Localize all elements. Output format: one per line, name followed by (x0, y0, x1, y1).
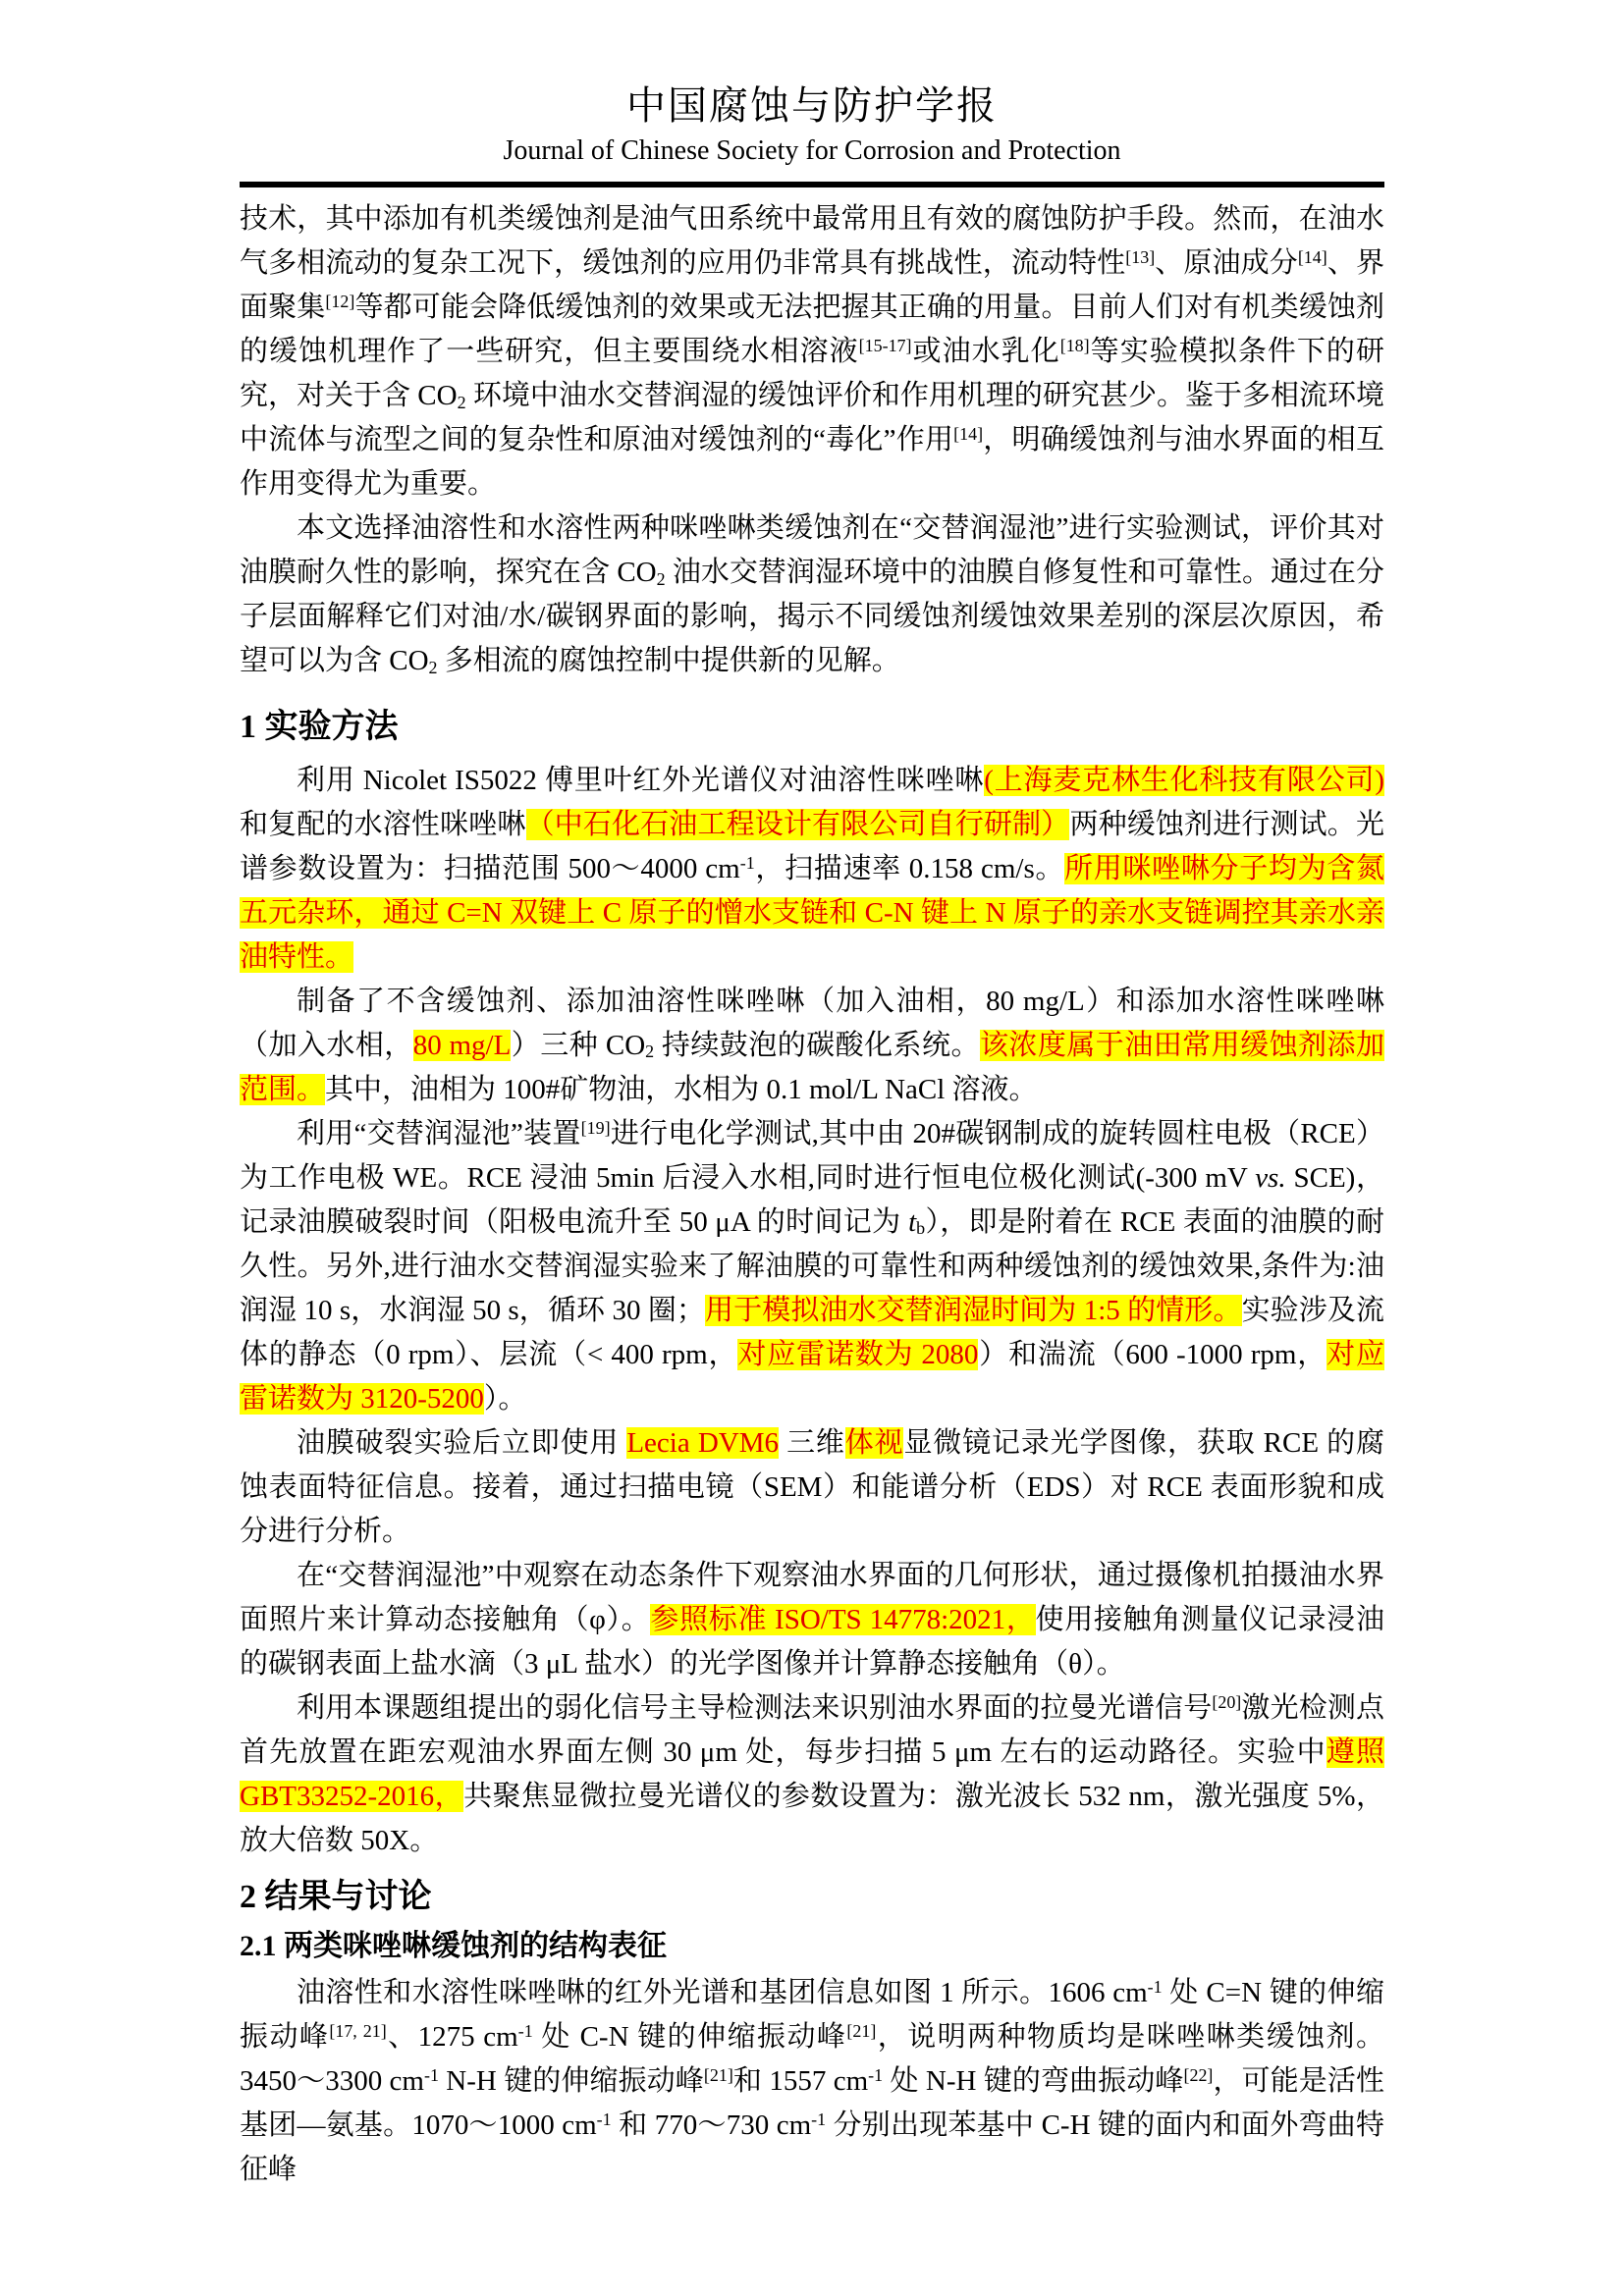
paragraph-4: 利用 Nicolet IS5022 傅里叶红外光谱仪对油溶性咪唑啉(上海麦克林生… (240, 759, 1384, 980)
text-run: 、1275 cm (387, 2021, 518, 2053)
text-run: 和复配的水溶性咪唑啉 (240, 809, 526, 840)
text-run: ，扫描速率 0.158 cm/s。 (755, 853, 1064, 884)
citation-superscript: -1 (811, 2109, 826, 2129)
highlighted-text: 80 mg/L (413, 1030, 512, 1061)
article-body: 技术，其中添加有机类缓蚀剂是油气田系统中最常用且有效的腐蚀防护手段。然而，在油水… (240, 197, 1384, 2192)
text-run: 处 C-N 键的伸缩振动峰 (533, 2021, 847, 2053)
citation-superscript: [14] (953, 424, 983, 444)
text-run: 和 1557 cm (733, 2065, 868, 2097)
subscript-text: 2 (645, 1041, 654, 1061)
text-run: N-H 键的伸缩振动峰 (439, 2065, 704, 2097)
text-run: 三维 (779, 1427, 845, 1459)
text-run: 多相流的腐蚀控制中提供新的见解。 (438, 645, 900, 676)
text-run: ）和湍流（600 -1000 rpm， (978, 1339, 1326, 1370)
text-run: 油膜破裂实验后立即使用 (297, 1427, 626, 1459)
text-run: 或油水乳化 (912, 336, 1060, 367)
citation-superscript: [20] (1212, 1692, 1241, 1712)
citation-superscript: [19] (581, 1118, 611, 1138)
citation-superscript: [18] (1060, 336, 1090, 355)
citation-superscript: [22] (1183, 2065, 1213, 2085)
text-run: 处 N-H 键的弯曲振动峰 (883, 2065, 1183, 2097)
text-run: ）。 (484, 1383, 527, 1415)
subscript-text: 2 (429, 658, 438, 677)
italic-text: t (908, 1206, 916, 1238)
manuscript-page: 中国腐蚀与防护学报 Journal of Chinese Society for… (0, 0, 1624, 2296)
citation-superscript: [21] (704, 2065, 733, 2085)
citation-superscript: [13] (1125, 247, 1155, 267)
journal-title-chinese: 中国腐蚀与防护学报 (240, 82, 1384, 130)
highlighted-text: Lecia DVM6 (626, 1427, 779, 1459)
text-run: 、原油成分 (1155, 247, 1298, 279)
journal-title-english: Journal of Chinese Society for Corrosion… (240, 133, 1384, 168)
highlighted-text: (上海麦克林生化科技有限公司) (984, 765, 1384, 796)
paragraph-12: 油溶性和水溶性咪唑啉的红外光谱和基团信息如图 1 所示。1606 cm-1 处 … (240, 1971, 1384, 2192)
citation-superscript: [14] (1298, 247, 1327, 267)
citation-superscript: [15-17] (859, 336, 912, 355)
italic-text: vs. (1255, 1162, 1285, 1194)
paragraph-6: 利用“交替润湿池”装置[19]进行电化学测试,其中由 20#碳钢制成的旋转圆柱电… (240, 1112, 1384, 1421)
citation-superscript: -1 (518, 2021, 533, 2041)
citation-superscript: [21] (846, 2021, 876, 2041)
paragraph-8: 在“交替润湿池”中观察在动态条件下观察油水界面的几何形状，通过摄像机拍摄油水界面… (240, 1554, 1384, 1686)
citation-superscript: -1 (1148, 1977, 1163, 1997)
text-run: 油溶性和水溶性咪唑啉的红外光谱和基团信息如图 1 所示。1606 cm (297, 1977, 1148, 2008)
text-run: 和 770～730 cm (612, 2109, 812, 2141)
citation-superscript: -1 (597, 2109, 612, 2129)
text-run: ）三种 CO (511, 1030, 645, 1061)
subscript-text: 2 (458, 393, 466, 412)
highlighted-text: 用于模拟油水交替润湿时间为 1:5 的情形。 (705, 1295, 1242, 1326)
paragraph-5: 制备了不含缓蚀剂、添加油溶性咪唑啉（加入油相，80 mg/L）和添加水溶性咪唑啉… (240, 980, 1384, 1112)
paragraph-9: 利用本课题组提出的弱化信号主导检测法来识别油水界面的拉曼光谱信号[20]激光检测… (240, 1686, 1384, 1863)
paragraph-2: 本文选择油溶性和水溶性两种咪唑啉类缓蚀剂在“交替润湿池”进行实验测试，评价其对油… (240, 507, 1384, 683)
citation-superscript: -1 (740, 853, 755, 873)
subscript-text: 2 (657, 569, 666, 589)
paragraph-1: 技术，其中添加有机类缓蚀剂是油气田系统中最常用且有效的腐蚀防护手段。然而，在油水… (240, 197, 1384, 507)
highlighted-text: 体视 (845, 1427, 904, 1459)
highlighted-text: 对应雷诺数为 2080 (737, 1339, 978, 1370)
citation-superscript: [12] (325, 292, 354, 311)
text-run: 持续鼓泡的碳酸化系统。 (654, 1030, 980, 1061)
subsection-heading-structure: 2.1 两类咪唑啉缓蚀剂的结构表征 (240, 1928, 1384, 1965)
text-run: 其中，油相为 100#矿物油，水相为 0.1 mol/L NaCl 溶液。 (325, 1074, 1038, 1105)
text-run: 利用 Nicolet IS5022 傅里叶红外光谱仪对油溶性咪唑啉 (297, 765, 984, 796)
section-heading-methods: 1 实验方法 (240, 707, 1384, 749)
citation-superscript: -1 (424, 2065, 439, 2085)
text-run: 利用“交替润湿池”装置 (297, 1118, 581, 1149)
citation-superscript: [17, 21] (329, 2021, 386, 2041)
citation-superscript: -1 (868, 2065, 883, 2085)
highlighted-text: （中石化石油工程设计有限公司自行研制） (526, 809, 1070, 840)
highlighted-text: 参照标准 ISO/TS 14778:2021， (650, 1604, 1035, 1635)
section-heading-results: 2 结果与讨论 (240, 1877, 1384, 1919)
subscript-text: b (916, 1218, 925, 1238)
journal-header: 中国腐蚀与防护学报 Journal of Chinese Society for… (240, 82, 1384, 187)
text-run: 利用本课题组提出的弱化信号主导检测法来识别油水界面的拉曼光谱信号 (297, 1692, 1212, 1724)
paragraph-7: 油膜破裂实验后立即使用 Lecia DVM6 三维体视显微镜记录光学图像，获取 … (240, 1421, 1384, 1554)
